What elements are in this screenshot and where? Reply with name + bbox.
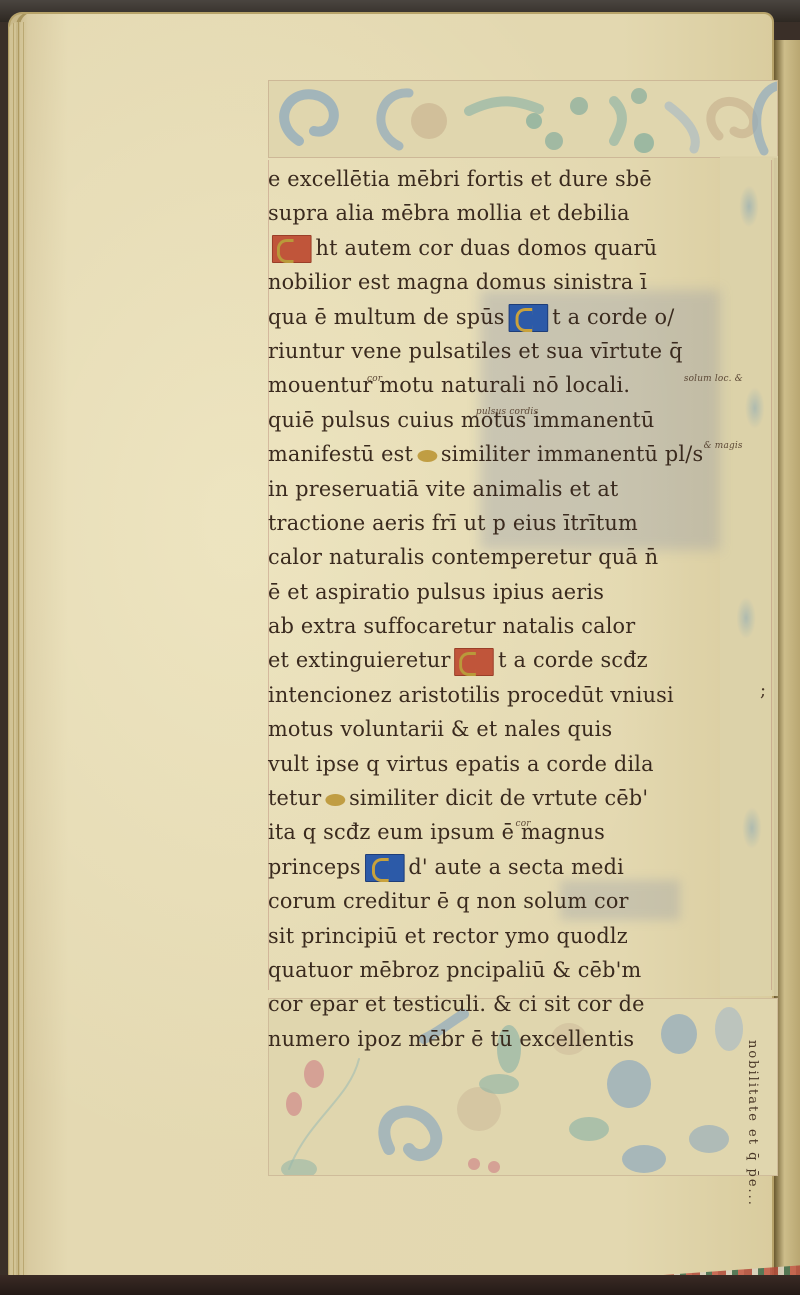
gold-paraph-mark xyxy=(417,450,437,462)
margin-mark: ; xyxy=(760,680,766,701)
line-text: similiter immanentū pl/s xyxy=(441,442,704,466)
text-line-25: cor epar et testiculi. & ci sit cor de xyxy=(268,987,768,1021)
text-line-4: nobilior est magna domus sinistra ī xyxy=(268,265,768,299)
interlinear-gloss: pulsus cordis xyxy=(476,395,538,429)
text-line-9: & magis manifestū estsimiliter immanentū… xyxy=(268,437,768,471)
line-text: tractione aeris frī ut p eius ītrītum xyxy=(268,511,638,535)
text-line-2: supra alia mēbra mollia et debilia xyxy=(268,196,768,230)
text-line-24: quatuor mēbroz pncipaliū & cēb'm xyxy=(268,953,768,987)
text-line-15: et extinguiereturt a corde scđz xyxy=(268,643,768,677)
line-text: in preseruatiā vite animalis et at xyxy=(268,477,618,501)
text-line-16: intencionez aristotilis procedūt vniusi xyxy=(268,678,768,712)
text-line-23: sit principiū et rector ymo quodlz xyxy=(268,919,768,953)
line-text: corum creditur ē q non solum cor xyxy=(268,889,629,913)
text-line-13: ē et aspiratio pulsus ipius aeris xyxy=(268,575,768,609)
line-text: ht autem cor duas domos quarū xyxy=(316,236,658,260)
red-initial-e xyxy=(272,235,312,263)
line-text: ab extra suffocaretur natalis calor xyxy=(268,614,635,638)
text-line-20: cor ita q scđz eum ipsum ē magnus xyxy=(268,815,768,849)
line-text: motus voluntarii & et nales quis xyxy=(268,717,612,741)
red-initial-e xyxy=(455,648,495,676)
text-line-18: vult ipse q virtus epatis a corde dila xyxy=(268,747,768,781)
line-text: numero ipoz mēbr ē tū excellentis xyxy=(268,1027,634,1051)
text-line-10: in preseruatiā vite animalis et at xyxy=(268,472,768,506)
line-text: supra alia mēbra mollia et debilia xyxy=(268,201,630,225)
interlinear-gloss: solum loc. & xyxy=(684,362,743,396)
book-binding-bottom xyxy=(0,1275,800,1295)
line-text: similiter dicit de vrtute cēb' xyxy=(349,786,648,810)
blue-initial-q xyxy=(365,854,405,882)
line-text: ē et aspiratio pulsus ipius aeris xyxy=(268,580,604,604)
text-line-12: calor naturalis contemperetur quā n̄ xyxy=(268,540,768,574)
line-text: t a corde scđz xyxy=(498,648,648,672)
text-line-22: corum creditur ē q non solum cor xyxy=(268,884,768,918)
gold-paraph-mark xyxy=(325,794,345,806)
text-line-1: e excellētia mēbri fortis et dure sbē xyxy=(268,162,768,196)
line-text: nobilior est magna domus sinistra ī xyxy=(268,270,647,294)
line-text: quiē pulsus cuius motus immanentū xyxy=(268,408,654,432)
interlinear-gloss: cor xyxy=(367,362,382,396)
line-text: e excellētia mēbri fortis et dure sbē xyxy=(268,167,652,191)
interlinear-gloss: & magis xyxy=(704,429,743,463)
interlinear-gloss: cor xyxy=(516,807,531,841)
text-line-8: pulsus cordis quiē pulsus cuius motus im… xyxy=(268,403,768,437)
text-line-21: princepsd' aute a secta medi xyxy=(268,850,768,884)
text-line-17: motus voluntarii & et nales quis xyxy=(268,712,768,746)
text-line-14: ab extra suffocaretur natalis calor xyxy=(268,609,768,643)
text-line-26: numero ipoz mēbr ē tū excellentis xyxy=(268,1022,768,1056)
catchword: nobilitate et q̄ p̄e... xyxy=(740,1040,760,1290)
line-text: quatuor mēbroz pncipaliū & cēb'm xyxy=(268,958,641,982)
line-text: calor naturalis contemperetur quā n̄ xyxy=(268,545,658,569)
line-text: vult ipse q virtus epatis a corde dila xyxy=(268,752,654,776)
line-text: tetur xyxy=(268,786,321,810)
line-text: d' aute a secta medi xyxy=(408,855,624,879)
line-text: ita q scđz eum ipsum ē magnus xyxy=(268,820,605,844)
line-text: qua ē multum de spūs xyxy=(268,305,505,329)
text-line-3: ht autem cor duas domos quarū xyxy=(268,231,768,265)
manuscript-text-block: e excellētia mēbri fortis et dure sbē su… xyxy=(268,162,773,1056)
text-line-11: tractione aeris frī ut p eius ītrītum xyxy=(268,506,768,540)
top-floral-border xyxy=(268,80,778,158)
line-text: riuntur vene pulsatiles et sua vīrtute q… xyxy=(268,339,683,363)
line-text: manifestū est xyxy=(268,442,413,466)
text-line-5: qua ē multum de spūst a corde o/ xyxy=(268,300,768,334)
line-text: et extinguieretur xyxy=(268,648,451,672)
line-text: sit principiū et rector ymo quodlz xyxy=(268,924,628,948)
blue-initial-e xyxy=(509,304,549,332)
line-text: mouentur motu naturali nō locali. xyxy=(268,373,630,397)
line-text: princeps xyxy=(268,855,361,879)
line-text: intencionez aristotilis procedūt vniusi xyxy=(268,683,674,707)
line-text: cor epar et testiculi. & ci sit cor de xyxy=(268,992,645,1016)
line-text: t a corde o/ xyxy=(552,305,674,329)
page-gutter xyxy=(8,22,26,1282)
